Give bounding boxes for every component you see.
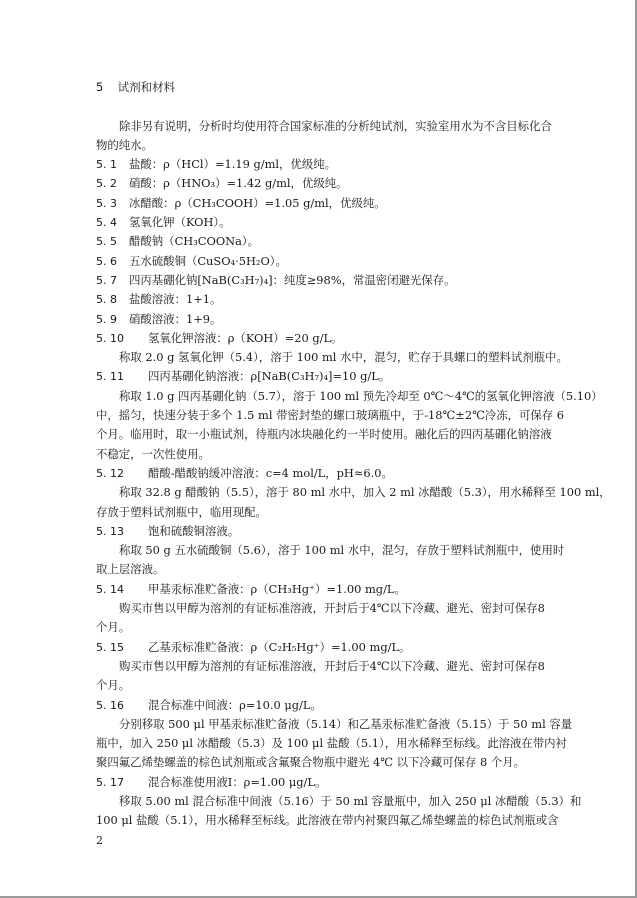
item-title: 醋酸钠（CH₃COONa）。: [129, 234, 259, 248]
item-5-8: 5. 8盐酸溶液：1+1。: [96, 290, 542, 309]
item-body-line: 称取 2.0 g 氢氧化钾（5.4），溶于 100 ml 水中，混匀，贮存于具螺…: [96, 348, 542, 367]
item-body-line: 不稳定，一次性使用。: [96, 445, 542, 464]
item-title: 饱和硫酸铜溶液。: [148, 524, 239, 538]
item-5-12: 5. 12醋酸-醋酸钠缓冲溶液：c=4 mol/L，pH≈6.0。: [96, 464, 542, 483]
item-number: 5. 1: [96, 155, 129, 174]
intro-line-2: 物的纯水。: [96, 136, 542, 155]
item-number: 5. 16: [96, 696, 148, 715]
item-title: 盐酸溶液：1+1。: [129, 292, 221, 306]
intro-line-1: 除非另有说明，分析时均使用符合国家标准的分析纯试剂，实验室用水为不含目标化合: [96, 117, 542, 136]
item-5-6: 5. 6五水硫酸铜（CuSO₄·5H₂O）。: [96, 252, 542, 271]
item-body-line: 取上层溶液。: [96, 560, 542, 579]
item-body-line: 100 μl 盐酸（5.1），用水稀释至标线。此溶液在带内衬聚四氟乙烯垫螺盖的棕…: [96, 811, 542, 830]
item-title: 硝酸：ρ（HNO₃）=1.42 g/ml，优级纯。: [129, 176, 348, 190]
section-number: 5: [96, 78, 114, 97]
item-5-1: 5. 1盐酸：ρ（HCl）=1.19 g/ml，优级纯。: [96, 155, 542, 174]
item-number: 5. 14: [96, 580, 148, 599]
section-heading: 5 试剂和材料: [96, 78, 542, 97]
item-5-4: 5. 4氢氧化钾（KOH）。: [96, 213, 542, 232]
item-title: 乙基汞标准贮备液：ρ（C₂H₅Hg⁺）=1.00 mg/L。: [148, 640, 410, 654]
item-number: 5. 11: [96, 367, 148, 386]
item-body-line: 称取 1.0 g 四丙基硼化钠（5.7），溶于 100 ml 预先冷却至 0℃～…: [96, 387, 542, 406]
item-number: 5. 13: [96, 522, 148, 541]
item-body-line: 称取 50 g 五水硫酸铜（5.6），溶于 100 ml 水中，混匀，存放于塑料…: [96, 541, 542, 560]
item-number: 5. 3: [96, 194, 129, 213]
item-body-line: 个月。: [96, 618, 542, 637]
item-title: 冰醋酸：ρ（CH₃COOH）=1.05 g/ml，优级纯。: [129, 196, 386, 210]
item-body-line: 个月。: [96, 676, 542, 695]
item-number: 5. 6: [96, 252, 129, 271]
item-number: 5. 8: [96, 290, 129, 309]
item-title: 四丙基硼化钠溶液：ρ[NaB(C₃H₇)₄]=10 g/L。: [148, 369, 390, 383]
item-title: 醋酸-醋酸钠缓冲溶液：c=4 mol/L，pH≈6.0。: [148, 466, 393, 480]
item-number: 5. 7: [96, 271, 129, 290]
item-5-11: 5. 11四丙基硼化钠溶液：ρ[NaB(C₃H₇)₄]=10 g/L。: [96, 367, 542, 386]
item-title: 五水硫酸铜（CuSO₄·5H₂O）。: [129, 254, 287, 268]
item-body-line: 购买市售以甲醇为溶剂的有证标准溶液，开封后于4℃以下冷藏、避光、密封可保存8: [96, 599, 542, 618]
item-5-3: 5. 3冰醋酸：ρ（CH₃COOH）=1.05 g/ml，优级纯。: [96, 194, 542, 213]
page-number: 2: [96, 831, 542, 850]
item-5-16: 5. 16混合标准中间液：ρ=10.0 μg/L。: [96, 696, 542, 715]
item-title: 硝酸溶液：1+9。: [129, 312, 221, 326]
item-body-line: 聚四氟乙烯垫螺盖的棕色试剂瓶或含氟聚合物瓶中避光 4℃ 以下冷藏可保存 8 个月…: [96, 753, 542, 772]
item-body-line: 称取 32.8 g 醋酸钠（5.5），溶于 80 ml 水中，加入 2 ml 冰…: [96, 483, 542, 502]
item-body-line: 分别移取 500 μl 甲基汞标准贮备液（5.14）和乙基汞标准贮备液（5.15…: [96, 715, 542, 734]
item-body-line: 瓶中，加入 250 μl 冰醋酸（5.3）及 100 μl 盐酸（5.1），用水…: [96, 734, 542, 753]
item-title: 氢氧化钾溶液：ρ（KOH）=20 g/L。: [148, 331, 342, 345]
item-number: 5. 2: [96, 174, 129, 193]
section-title: 试剂和材料: [118, 80, 176, 94]
item-body-line: 存放于塑料试剂瓶中，临用现配。: [96, 503, 542, 522]
item-title: 混合标准中间液：ρ=10.0 μg/L。: [148, 698, 322, 712]
page-content: 5 试剂和材料 除非另有说明，分析时均使用符合国家标准的分析纯试剂，实验室用水为…: [96, 78, 542, 850]
item-number: 5. 10: [96, 329, 148, 348]
item-title: 氢氧化钾（KOH）。: [129, 215, 231, 229]
item-body-line: 中，摇匀，快速分装于多个 1.5 ml 带密封垫的螺口玻璃瓶中，于-18℃±2℃…: [96, 406, 542, 425]
item-list: 5. 1盐酸：ρ（HCl）=1.19 g/ml，优级纯。5. 2硝酸：ρ（HNO…: [96, 155, 542, 830]
item-body-line: 购买市售以甲醇为溶剂的有证标准溶液，开封后于4℃以下冷藏、避光、密封可保存8: [96, 657, 542, 676]
item-5-15: 5. 15乙基汞标准贮备液：ρ（C₂H₅Hg⁺）=1.00 mg/L。: [96, 638, 542, 657]
item-5-10: 5. 10氢氧化钾溶液：ρ（KOH）=20 g/L。: [96, 329, 542, 348]
item-5-13: 5. 13饱和硫酸铜溶液。: [96, 522, 542, 541]
item-number: 5. 17: [96, 773, 148, 792]
item-number: 5. 9: [96, 310, 129, 329]
item-5-5: 5. 5醋酸钠（CH₃COONa）。: [96, 232, 542, 251]
item-number: 5. 12: [96, 464, 148, 483]
item-5-7: 5. 7四丙基硼化钠[NaB(C₃H₇)₄]：纯度≥98%，常温密闭避光保存。: [96, 271, 542, 290]
item-number: 5. 15: [96, 638, 148, 657]
item-5-17: 5. 17混合标准使用液Ⅰ：ρ=1.00 μg/L。: [96, 773, 542, 792]
item-title: 混合标准使用液Ⅰ：ρ=1.00 μg/L。: [148, 775, 326, 789]
item-body-line: 个月。临用时，取一小瓶试剂，待瓶内冰块融化约一半时使用。融化后的四丙基硼化钠溶液: [96, 425, 542, 444]
item-5-2: 5. 2硝酸：ρ（HNO₃）=1.42 g/ml，优级纯。: [96, 174, 542, 193]
document-page: 5 试剂和材料 除非另有说明，分析时均使用符合国家标准的分析纯试剂，实验室用水为…: [0, 0, 637, 898]
item-title: 盐酸：ρ（HCl）=1.19 g/ml，优级纯。: [129, 157, 336, 171]
item-5-9: 5. 9硝酸溶液：1+9。: [96, 310, 542, 329]
item-number: 5. 4: [96, 213, 129, 232]
item-title: 四丙基硼化钠[NaB(C₃H₇)₄]：纯度≥98%，常温密闭避光保存。: [129, 273, 456, 287]
item-5-14: 5. 14甲基汞标准贮备液：ρ（CH₃Hg⁺）=1.00 mg/L。: [96, 580, 542, 599]
item-body-line: 移取 5.00 ml 混合标准中间液（5.16）于 50 ml 容量瓶中，加入 …: [96, 792, 542, 811]
item-title: 甲基汞标准贮备液：ρ（CH₃Hg⁺）=1.00 mg/L。: [148, 582, 406, 596]
item-number: 5. 5: [96, 232, 129, 251]
